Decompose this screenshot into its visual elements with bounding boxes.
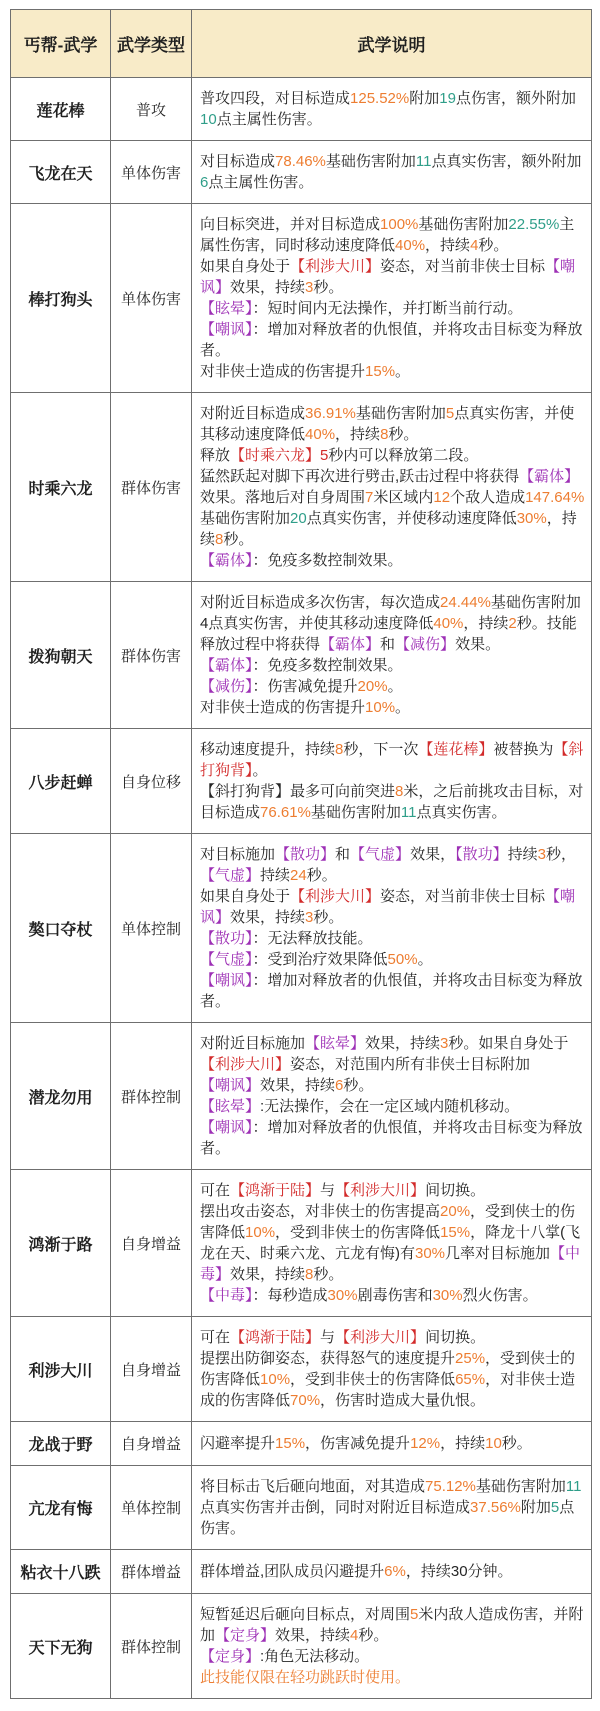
skill-description: 闪避率提升15%，伤害减免提升12%，持续10秒。 (192, 1422, 592, 1466)
text-segment: 个敌人造成 (450, 489, 525, 506)
text-segment: 点伤害，额外附加 (456, 90, 576, 107)
table-row: 飞龙在天单体伤害对目标造成78.46%基础伤害附加11点真实伤害，额外附加6点主… (11, 141, 592, 204)
skill-type: 自身增益 (111, 1170, 192, 1317)
table-row: 利涉大川自身增益可在【鸿渐于陆】与【利涉大川】间切换。提摆出防御姿态，获得怒气的… (11, 1317, 592, 1422)
text-segment: 秒。 (223, 531, 253, 548)
skill-type: 群体增益 (111, 1550, 192, 1594)
text-segment: 78.46% (275, 153, 326, 170)
text-segment: 10% (260, 1371, 290, 1388)
martial-arts-table: 丐帮-武学 武学类型 武学说明 莲花棒普攻普攻四段，对目标造成125.52%附加… (10, 9, 592, 1699)
text-segment: ：受到治疗效果降低 (253, 951, 388, 968)
text-segment: 【鸿渐于陆】 (230, 1329, 320, 1346)
text-segment: 效果，持续 (365, 1035, 440, 1052)
text-segment: 如果自身处于 (200, 258, 290, 275)
skill-description: 对附近目标施加【眩晕】效果，持续3秒。如果自身处于【利涉大川】姿态，对范围内所有… (192, 1023, 592, 1170)
skill-desc-paragraph: 对附近目标施加【眩晕】效果，持续3秒。如果自身处于【利涉大川】姿态，对范围内所有… (200, 1033, 586, 1096)
text-segment: 【眩晕】 (200, 1098, 260, 1115)
text-segment: 基础伤害附加 (356, 405, 446, 422)
text-segment: 【利涉大川】 (290, 888, 380, 905)
text-segment: 【散功】 (200, 930, 253, 947)
skill-name: 利涉大川 (11, 1317, 111, 1422)
text-segment: 20 (290, 510, 307, 527)
table-header: 丐帮-武学 武学类型 武学说明 (11, 10, 592, 78)
text-segment: 点主属性伤害。 (208, 174, 313, 191)
table-row: 八步赶蝉自身位移移动速度提升，持续8秒，下一次【莲花棒】被替换为【斜打狗背】。【… (11, 729, 592, 834)
header-skill-type: 武学类型 (111, 10, 192, 78)
text-segment: ，持续 (440, 1435, 485, 1452)
text-segment: 附加 (521, 1499, 551, 1516)
skill-desc-paragraph: 【嘲讽】：增加对释放者的仇恨值，并将攻击目标变为释放者。 (200, 319, 586, 361)
skill-desc-paragraph: 【减伤】：伤害减免提升20%。 (200, 676, 586, 697)
table-row: 亢龙有悔单体控制将目标击飞后砸向地面，对其造成75.12%基础伤害附加11点真实… (11, 1466, 592, 1550)
text-segment: 米区域内 (373, 489, 433, 506)
text-segment: 147.64% (525, 489, 584, 506)
text-segment: 2 (508, 615, 516, 632)
text-segment: 效果，持续 (230, 909, 305, 926)
skill-description: 对目标施加【散功】和【气虚】效果，【散功】持续3秒，【气虚】持续24秒。如果自身… (192, 834, 592, 1023)
text-segment: 【利涉大川】 (290, 258, 380, 275)
text-segment: ，伤害减免提升 (305, 1435, 410, 1452)
text-segment: ，持续 (425, 237, 470, 254)
text-segment: 间切换。 (425, 1182, 485, 1199)
skill-desc-paragraph: 将目标击飞后砸向地面，对其造成75.12%基础伤害附加11点真实伤害并击倒，同时… (200, 1476, 586, 1539)
text-segment: 12% (410, 1435, 440, 1452)
text-segment: 20% (440, 1203, 470, 1220)
text-segment: 秒，下一次 (343, 741, 418, 758)
skill-desc-paragraph: 【散功】：无法释放技能。 (200, 928, 586, 949)
skill-type: 群体控制 (111, 1023, 192, 1170)
skill-description: 短暂延迟后砸向目标点，对周围5米内敌人造成伤害，并附加【定身】效果，持续4秒。【… (192, 1594, 592, 1699)
text-segment: 姿态，对当前非侠士目标 (380, 258, 545, 275)
skill-desc-paragraph: 【斜打狗背】最多可向前突进8米，之后前挑攻击目标，对目标造成76.61%基础伤害… (200, 781, 586, 823)
text-segment: 12 (433, 489, 450, 506)
text-segment: 15% (440, 1224, 470, 1241)
skill-desc-paragraph: 闪避率提升15%，伤害减免提升12%，持续10秒。 (200, 1433, 586, 1454)
header-row: 丐帮-武学 武学类型 武学说明 (11, 10, 592, 78)
text-segment: 11 (401, 804, 417, 821)
table-row: 鸿渐于路自身增益可在【鸿渐于陆】与【利涉大川】间切换。摆出攻击姿态，对非侠士的伤… (11, 1170, 592, 1317)
skill-desc-paragraph: 【嘲讽】：增加对释放者的仇恨值，并将攻击目标变为释放者。 (200, 1117, 586, 1159)
skill-name: 天下无狗 (11, 1594, 111, 1699)
text-segment: ，持续 (335, 426, 380, 443)
text-segment: 基础伤害附加 (200, 510, 290, 527)
text-segment: 【散功】 (275, 846, 335, 863)
text-segment: 群体增益,团队成员闪避提升 (200, 1563, 384, 1580)
text-segment: 秒。如果自身处于 (448, 1035, 568, 1052)
text-segment: 将目标击飞后砸向地面，对其造成 (200, 1478, 425, 1495)
text-segment: 如果自身处于 (200, 888, 290, 905)
skill-description: 可在【鸿渐于陆】与【利涉大川】间切换。提摆出防御姿态，获得怒气的速度提升25%，… (192, 1317, 592, 1422)
text-segment: 剧毒伤害和 (358, 1287, 433, 1304)
skill-type: 自身增益 (111, 1422, 192, 1466)
text-segment: 【气虚】 (350, 846, 410, 863)
table-row: 天下无狗群体控制短暂延迟后砸向目标点，对周围5米内敌人造成伤害，并附加【定身】效… (11, 1594, 592, 1699)
text-segment: 。 (388, 678, 403, 695)
skill-desc-paragraph: 摆出攻击姿态，对非侠士的伤害提高20%，受到侠士的伤害降低10%，受到非侠士的伤… (200, 1201, 586, 1285)
table-row: 粘衣十八跌群体增益群体增益,团队成员闪避提升6%，持续30分钟。 (11, 1550, 592, 1594)
text-segment: 10% (365, 699, 395, 716)
skill-type: 单体控制 (111, 1466, 192, 1550)
skill-desc-paragraph: 对非侠士造成的伤害提升10%。 (200, 697, 586, 718)
text-segment: 19 (439, 90, 456, 107)
text-segment: 秒。 (502, 1435, 532, 1452)
skill-name: 粘衣十八跌 (11, 1550, 111, 1594)
text-segment: 效果。落地后对自身周围 (200, 489, 365, 506)
skill-description: 可在【鸿渐于陆】与【利涉大川】间切换。摆出攻击姿态，对非侠士的伤害提高20%，受… (192, 1170, 592, 1317)
text-segment: 姿态，对当前非侠士目标 (380, 888, 545, 905)
text-segment: 75.12% (425, 1478, 476, 1495)
skill-name: 莲花棒 (11, 78, 111, 141)
text-segment: 24.44% (440, 594, 491, 611)
text-segment: :角色无法移动。 (260, 1648, 369, 1665)
text-segment: 5 (446, 405, 454, 422)
text-segment: 被替换为 (493, 741, 553, 758)
text-segment: 移动速度提升，持续 (200, 741, 335, 758)
text-segment: 对附近目标造成多次伤害，每次造成 (200, 594, 440, 611)
text-segment: 10 (200, 111, 217, 128)
text-segment: 76.61% (260, 804, 311, 821)
text-segment: 5 (551, 1499, 559, 1516)
text-segment: 【霸体】 (200, 552, 253, 569)
text-segment: 【霸体】 (320, 636, 380, 653)
skill-type: 群体伤害 (111, 582, 192, 729)
text-segment: 对目标造成 (200, 153, 275, 170)
text-segment: 。 (395, 363, 410, 380)
text-segment: 基础伤害附加 (326, 153, 416, 170)
skill-desc-paragraph: 普攻四段，对目标造成125.52%附加19点伤害，额外附加10点主属性伤害。 (200, 88, 586, 130)
text-segment: 30% (517, 510, 547, 527)
skill-name: 亢龙有悔 (11, 1466, 111, 1550)
skill-desc-paragraph: 移动速度提升，持续8秒，下一次【莲花棒】被替换为【斜打狗背】。 (200, 739, 586, 781)
text-segment: 秒。 (388, 426, 418, 443)
text-segment: 【嘲讽】 (200, 1077, 260, 1094)
text-segment: 此技能仅限在轻功跳跃时使用。 (200, 1669, 410, 1686)
skill-desc-paragraph: 如果自身处于【利涉大川】姿态，对当前非侠士目标【嘲讽】效果，持续3秒。 (200, 256, 586, 298)
skill-desc-paragraph: 对目标施加【散功】和【气虚】效果，【散功】持续3秒，【气虚】持续24秒。 (200, 844, 586, 886)
text-segment: ，受到非侠士的伤害降低 (290, 1371, 455, 1388)
text-segment: 15% (275, 1435, 305, 1452)
text-segment: ：增加对释放者的仇恨值，并将攻击目标变为释放者。 (200, 321, 583, 359)
text-segment: 【时乘六龙】 (230, 447, 320, 464)
skill-name: 棒打狗头 (11, 204, 111, 393)
skill-name: 飞龙在天 (11, 141, 111, 204)
text-segment: 点真实伤害，并使移动速度降低 (307, 510, 517, 527)
skill-type: 单体伤害 (111, 141, 192, 204)
text-segment: 【定身】 (215, 1627, 275, 1644)
skill-desc-paragraph: 提摆出防御姿态，获得怒气的速度提升25%，受到侠士的伤害降低10%，受到非侠士的… (200, 1348, 586, 1411)
skill-desc-paragraph: 短暂延迟后砸向目标点，对周围5米内敌人造成伤害，并附加【定身】效果，持续4秒。 (200, 1604, 586, 1646)
text-segment: 。 (418, 951, 433, 968)
skill-description: 对附近目标造成36.91%基础伤害附加5点真实伤害，并使其移动速度降低40%，持… (192, 393, 592, 582)
text-segment: 基础伤害附加 (476, 1478, 566, 1495)
text-segment: 秒。 (478, 237, 508, 254)
text-segment: 烈火伤害。 (463, 1287, 538, 1304)
skill-type: 单体控制 (111, 834, 192, 1023)
text-segment: 对附近目标施加 (200, 1035, 305, 1052)
text-segment: ，持续30分钟。 (406, 1563, 513, 1580)
text-segment: ：免疫多数控制效果。 (253, 657, 403, 674)
skill-desc-paragraph: 【定身】:角色无法移动。 (200, 1646, 586, 1667)
text-segment: 【气虚】 (200, 867, 260, 884)
text-segment: 40% (395, 237, 425, 254)
table-row: 龙战于野自身增益闪避率提升15%，伤害减免提升12%，持续10秒。 (11, 1422, 592, 1466)
text-segment: 点真实伤害并击倒，同时对附近目标造成 (200, 1499, 470, 1516)
text-segment: 【中毒】 (200, 1287, 253, 1304)
text-segment: 持续 (260, 867, 290, 884)
skill-name: 獒口夺杖 (11, 834, 111, 1023)
text-segment: 秒。 (358, 1627, 388, 1644)
text-segment: 15% (365, 363, 395, 380)
text-segment: 20% (358, 678, 388, 695)
skill-desc-paragraph: 如果自身处于【利涉大川】姿态，对当前非侠士目标【嘲讽】效果，持续3秒。 (200, 886, 586, 928)
table-row: 莲花棒普攻普攻四段，对目标造成125.52%附加19点伤害，额外附加10点主属性… (11, 78, 592, 141)
skill-name: 拨狗朝天 (11, 582, 111, 729)
text-segment: 基础伤害附加 (418, 216, 508, 233)
text-segment: 11 (416, 153, 432, 170)
skill-desc-paragraph: 【嘲讽】：增加对释放者的仇恨值，并将攻击目标变为释放者。 (200, 970, 586, 1012)
skill-desc-paragraph: 对目标造成78.46%基础伤害附加11点真实伤害，额外附加6点主属性伤害。 (200, 151, 586, 193)
text-segment: 几率对目标施加 (445, 1245, 550, 1262)
text-segment: 10 (485, 1435, 502, 1452)
text-segment: 。 (395, 699, 410, 716)
text-segment: 24 (290, 867, 307, 884)
text-segment: 10% (245, 1224, 275, 1241)
text-segment: ，受到非侠士的伤害降低 (275, 1224, 440, 1241)
text-segment: 【利涉大川】 (335, 1329, 425, 1346)
text-segment: 【莲花棒】 (418, 741, 493, 758)
skill-type: 自身增益 (111, 1317, 192, 1422)
text-segment: 可在 (200, 1182, 230, 1199)
text-segment: 普攻四段，对目标造成 (200, 90, 350, 107)
skill-type: 群体伤害 (111, 393, 192, 582)
table-row: 棒打狗头单体伤害向目标突进，并对目标造成100%基础伤害附加22.55%主属性伤… (11, 204, 592, 393)
text-segment: 125.52% (350, 90, 409, 107)
skill-desc-paragraph: 【中毒】：每秒造成30%剧毒伤害和30%烈火伤害。 (200, 1285, 586, 1306)
text-segment: ：免疫多数控制效果。 (253, 552, 403, 569)
text-segment: 和 (335, 846, 350, 863)
skill-desc-paragraph: 向目标突进，并对目标造成100%基础伤害附加22.55%主属性伤害，同时移动速度… (200, 214, 586, 256)
text-segment: 对目标施加 (200, 846, 275, 863)
text-segment: 100% (380, 216, 418, 233)
text-segment: 对附近目标造成 (200, 405, 305, 422)
text-segment: ：每秒造成 (253, 1287, 328, 1304)
skill-desc-paragraph: 可在【鸿渐于陆】与【利涉大川】间切换。 (200, 1327, 586, 1348)
text-segment: 11 (566, 1478, 582, 1495)
text-segment: 【嘲讽】 (200, 321, 253, 338)
text-segment: ：无法释放技能。 (253, 930, 373, 947)
text-segment: 【减伤】 (395, 636, 455, 653)
text-segment: 【嘲讽】 (200, 1119, 253, 1136)
text-segment: 【嘲讽】 (200, 972, 253, 989)
text-segment: 闪避率提升 (200, 1435, 275, 1452)
table-row: 时乘六龙群体伤害对附近目标造成36.91%基础伤害附加5点真实伤害，并使其移动速… (11, 393, 592, 582)
text-segment: 50% (388, 951, 418, 968)
skill-type: 群体控制 (111, 1594, 192, 1699)
text-segment: 对非侠士造成的伤害提升 (200, 699, 365, 716)
skill-desc-paragraph: 【气虚】：受到治疗效果降低50%。 (200, 949, 586, 970)
text-segment: 点真实伤害，额外附加 (431, 153, 581, 170)
text-segment: 秒。 (307, 867, 337, 884)
text-segment: 与 (320, 1182, 335, 1199)
text-segment: 效果，持续 (260, 1077, 335, 1094)
text-segment: 37.56% (470, 1499, 521, 1516)
text-segment: 猛然跃起对脚下再次进行劈击,跃击过程中将获得 (200, 468, 519, 485)
text-segment: 【眩晕】 (305, 1035, 365, 1052)
skill-name: 潜龙勿用 (11, 1023, 111, 1170)
text-segment: 【鸿渐于陆】 (230, 1182, 320, 1199)
text-segment: 附加 (409, 90, 439, 107)
text-segment: 。 (253, 762, 268, 779)
table-row: 潜龙勿用群体控制对附近目标施加【眩晕】效果，持续3秒。如果自身处于【利涉大川】姿… (11, 1023, 592, 1170)
table-row: 拨狗朝天群体伤害对附近目标造成多次伤害，每次造成24.44%基础伤害附加4点真实… (11, 582, 592, 729)
text-segment: 【眩晕】 (200, 300, 253, 317)
text-segment: ，伤害时造成大量仇恨。 (320, 1392, 485, 1409)
text-segment: 秒。 (313, 909, 343, 926)
skill-description: 对附近目标造成多次伤害，每次造成24.44%基础伤害附加4点真实伤害，并使其移动… (192, 582, 592, 729)
skill-table-body: 莲花棒普攻普攻四段，对目标造成125.52%附加19点伤害，额外附加10点主属性… (11, 78, 592, 1699)
skill-desc-paragraph: 对附近目标造成36.91%基础伤害附加5点真实伤害，并使其移动速度降低40%，持… (200, 403, 586, 445)
skill-desc-paragraph: 【眩晕】:无法操作，会在一定区域内随机移动。 (200, 1096, 586, 1117)
skill-desc-paragraph: 对非侠士造成的伤害提升15%。 (200, 361, 586, 382)
text-segment: :无法操作，会在一定区域内随机移动。 (260, 1098, 519, 1115)
text-segment: 【利涉大川】 (335, 1182, 425, 1199)
text-segment: 秒内可以释放第二段。 (328, 447, 478, 464)
text-segment: 【减伤】 (200, 678, 253, 695)
skill-name: 龙战于野 (11, 1422, 111, 1466)
text-segment: 效果，持续 (275, 1627, 350, 1644)
skill-description: 普攻四段，对目标造成125.52%附加19点伤害，额外附加10点主属性伤害。 (192, 78, 592, 141)
text-segment: 姿态，对范围内所有非侠士目标附加 (290, 1056, 530, 1073)
text-segment: 40% (305, 426, 335, 443)
skill-description: 移动速度提升，持续8秒，下一次【莲花棒】被替换为【斜打狗背】。【斜打狗背】最多可… (192, 729, 592, 834)
text-segment: 与 (320, 1329, 335, 1346)
text-segment: 40% (433, 615, 463, 632)
skill-desc-paragraph: 对附近目标造成多次伤害，每次造成24.44%基础伤害附加4点真实伤害，并使其移动… (200, 592, 586, 655)
skill-desc-paragraph: 【霸体】：免疫多数控制效果。 (200, 655, 586, 676)
text-segment: 间切换。 (425, 1329, 485, 1346)
text-segment: 【利涉大川】 (200, 1056, 290, 1073)
text-segment: 秒。 (343, 1077, 373, 1094)
text-segment: 3 (538, 846, 546, 863)
text-segment: 点真实伤害。 (416, 804, 506, 821)
text-segment: 秒。 (313, 1266, 343, 1283)
skill-name: 鸿渐于路 (11, 1170, 111, 1317)
text-segment: 秒。 (313, 279, 343, 296)
text-segment: ：增加对释放者的仇恨值，并将攻击目标变为释放者。 (200, 972, 583, 1010)
text-segment: 持续 (508, 846, 538, 863)
text-segment: 30% (415, 1245, 445, 1262)
text-segment: 30% (328, 1287, 358, 1304)
text-segment: 短暂延迟后砸向目标点，对周围 (200, 1606, 410, 1623)
text-segment: ，持续 (463, 615, 508, 632)
header-skill-name: 丐帮-武学 (11, 10, 111, 78)
text-segment: ：增加对释放者的仇恨值，并将攻击目标变为释放者。 (200, 1119, 583, 1157)
text-segment: 25% (455, 1350, 485, 1367)
text-segment: 摆出攻击姿态，对非侠士的伤害提高 (200, 1203, 440, 1220)
text-segment: 可在 (200, 1329, 230, 1346)
text-segment: 效果，持续 (230, 1266, 305, 1283)
text-segment: 基础伤害附加 (311, 804, 401, 821)
text-segment: ：伤害减免提升 (253, 678, 358, 695)
text-segment: 和 (380, 636, 395, 653)
text-segment: 65% (455, 1371, 485, 1388)
skill-desc-paragraph: 【霸体】：免疫多数控制效果。 (200, 550, 586, 571)
skill-type: 普攻 (111, 78, 192, 141)
text-segment: 【气虚】 (200, 951, 253, 968)
text-segment: 释放 (200, 447, 230, 464)
page: 丐帮-武学 武学类型 武学说明 莲花棒普攻普攻四段，对目标造成125.52%附加… (0, 0, 600, 1711)
text-segment: 【定身】 (200, 1648, 260, 1665)
text-segment: 提摆出防御姿态，获得怒气的速度提升 (200, 1350, 455, 1367)
skill-desc-paragraph: 释放【时乘六龙】5秒内可以释放第二段。 (200, 445, 586, 466)
skill-description: 将目标击飞后砸向地面，对其造成75.12%基础伤害附加11点真实伤害并击倒，同时… (192, 1466, 592, 1550)
skill-description: 向目标突进，并对目标造成100%基础伤害附加22.55%主属性伤害，同时移动速度… (192, 204, 592, 393)
text-segment: 【散功】 (455, 846, 508, 863)
text-segment: ：短时间内无法操作，并打断当前行动。 (253, 300, 523, 317)
text-segment: 30% (433, 1287, 463, 1304)
text-segment: 36.91% (305, 405, 356, 422)
text-segment: 【斜打狗背】最多可向前突进 (200, 783, 395, 800)
text-segment: 效果， (410, 846, 455, 863)
text-segment: 70% (290, 1392, 320, 1409)
text-segment: 效果。 (455, 636, 500, 653)
text-segment: 向目标突进，并对目标造成 (200, 216, 380, 233)
text-segment: 秒， (546, 846, 576, 863)
skill-description: 群体增益,团队成员闪避提升6%，持续30分钟。 (192, 1550, 592, 1594)
text-segment: 6% (384, 1563, 406, 1580)
skill-desc-paragraph: 猛然跃起对脚下再次进行劈击,跃击过程中将获得【霸体】效果。落地后对自身周围7米区… (200, 466, 586, 550)
skill-name: 时乘六龙 (11, 393, 111, 582)
text-segment: 【霸体】 (200, 657, 253, 674)
skill-desc-paragraph: 【眩晕】：短时间内无法操作，并打断当前行动。 (200, 298, 586, 319)
skill-type: 单体伤害 (111, 204, 192, 393)
text-segment: 点主属性伤害。 (217, 111, 322, 128)
skill-name: 八步赶蝉 (11, 729, 111, 834)
header-skill-desc: 武学说明 (192, 10, 592, 78)
text-segment: 【霸体】 (519, 468, 579, 485)
skill-desc-paragraph: 可在【鸿渐于陆】与【利涉大川】间切换。 (200, 1180, 586, 1201)
text-segment: 22.55% (508, 216, 559, 233)
table-row: 獒口夺杖单体控制对目标施加【散功】和【气虚】效果，【散功】持续3秒，【气虚】持续… (11, 834, 592, 1023)
text-segment: 效果，持续 (230, 279, 305, 296)
skill-description: 对目标造成78.46%基础伤害附加11点真实伤害，额外附加6点主属性伤害。 (192, 141, 592, 204)
skill-desc-paragraph: 此技能仅限在轻功跳跃时使用。 (200, 1667, 586, 1688)
text-segment: 对非侠士造成的伤害提升 (200, 363, 365, 380)
skill-type: 自身位移 (111, 729, 192, 834)
skill-desc-paragraph: 群体增益,团队成员闪避提升6%，持续30分钟。 (200, 1561, 586, 1582)
